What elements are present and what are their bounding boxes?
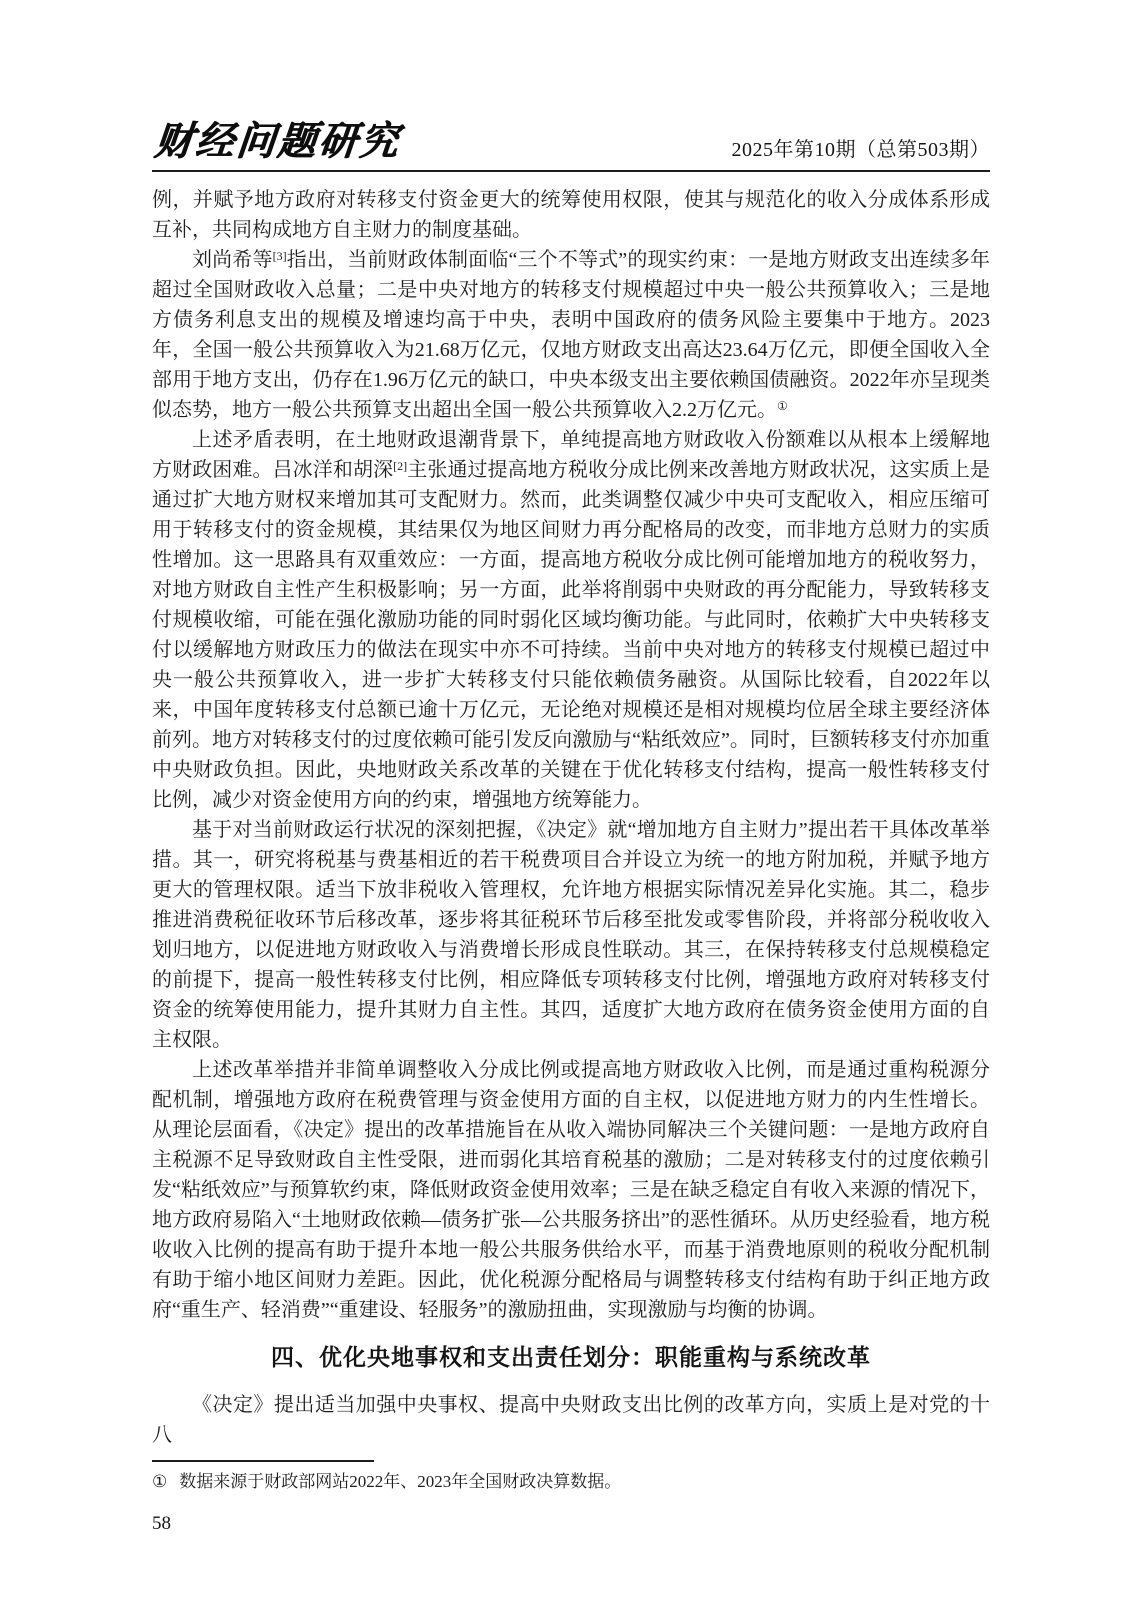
citation-ref: [2]	[393, 459, 407, 473]
section-heading: 四、优化央地事权和支出责任划分：职能重构与系统改革	[152, 1341, 990, 1373]
paragraph-continuation: 例，并赋予地方政府对转移支付资金更大的统筹使用权限，使其与规范化的收入分成体系形…	[152, 185, 990, 245]
journal-logo-calligraphy: 财经问题研究	[152, 118, 403, 166]
citation-ref: [3]	[273, 249, 287, 263]
paragraph-text: 上述改革举措并非简单调整收入分成比例或提高地方财政收入比例，而是通过重构税源分配…	[152, 1059, 990, 1321]
paragraph-text: 例，并赋予地方政府对转移支付资金更大的统筹使用权限，使其与规范化的收入分成体系形…	[152, 189, 990, 241]
article-body: 例，并赋予地方政府对转移支付资金更大的统筹使用权限，使其与规范化的收入分成体系形…	[152, 185, 990, 1450]
journal-page: 财经问题研究 2025年第10期（总第503期） 例，并赋予地方政府对转移支付资…	[0, 0, 1140, 1600]
paragraph: 刘尚希等[3]指出，当前财政体制面临“三个不等式”的现实约束：一是地方财政支出连…	[152, 245, 990, 425]
footnote-separator	[152, 1460, 374, 1462]
paragraph-text: 基于对当前财政运行状况的深刻把握，《决定》就“增加地方自主财力”提出若干具体改革…	[152, 819, 990, 1051]
paragraph: 《决定》提出适当加强中央事权、提高中央财政支出比例的改革方向，实质上是对党的十八	[152, 1390, 990, 1450]
page-footer: ①数据来源于财政部网站2022年、2023年全国财政决算数据。 58	[152, 1460, 990, 1536]
page-number: 58	[152, 1512, 990, 1536]
paragraph-text: 《决定》提出适当加强中央事权、提高中央财政支出比例的改革方向，实质上是对党的十八	[152, 1394, 990, 1446]
paragraph-text: 主张通过提高地方税收分成比例来改善地方财政状况，这实质上是通过扩大地方财权来增加…	[152, 459, 990, 811]
footnote-text: 数据来源于财政部网站2022年、2023年全国财政决算数据。	[179, 1472, 621, 1491]
page-content: 财经问题研究 2025年第10期（总第503期） 例，并赋予地方政府对转移支付资…	[152, 0, 990, 1536]
issue-info: 2025年第10期（总第503期）	[732, 138, 991, 166]
paragraph-text: 指出，当前财政体制面临“三个不等式”的现实约束：一是地方财政支出连续多年超过全国…	[152, 249, 990, 421]
paragraph: 基于对当前财政运行状况的深刻把握，《决定》就“增加地方自主财力”提出若干具体改革…	[152, 815, 990, 1055]
paragraph-text: 刘尚希等	[192, 249, 273, 271]
header-rule	[152, 170, 990, 172]
footnote-ref: ①	[777, 399, 788, 413]
paragraph: 上述矛盾表明，在土地财政退潮背景下，单纯提高地方财政收入份额难以从根本上缓解地方…	[152, 425, 990, 815]
footnote: ①数据来源于财政部网站2022年、2023年全国财政决算数据。	[152, 1470, 990, 1494]
footnote-marker: ①	[152, 1472, 167, 1491]
page-header: 财经问题研究 2025年第10期（总第503期）	[152, 0, 990, 166]
paragraph: 上述改革举措并非简单调整收入分成比例或提高地方财政收入比例，而是通过重构税源分配…	[152, 1055, 990, 1325]
